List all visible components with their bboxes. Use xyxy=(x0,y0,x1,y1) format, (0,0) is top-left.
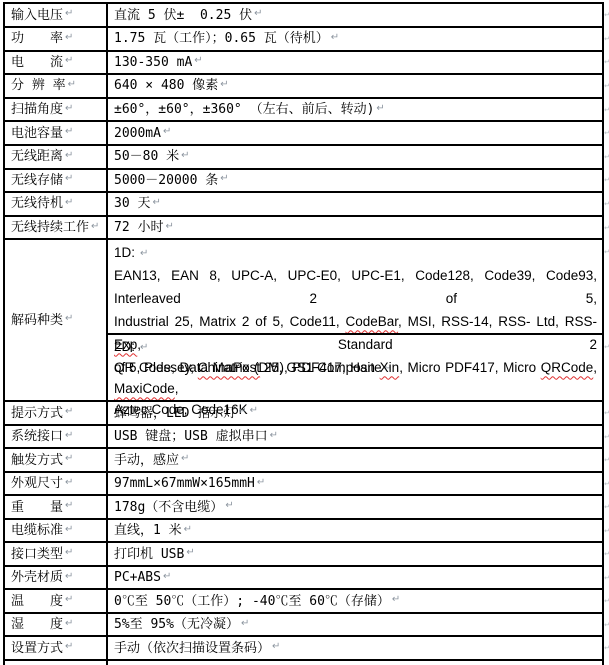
row-end-mark-icon: ↵ xyxy=(604,456,609,464)
spec-label: 外壳材质 xyxy=(11,571,63,584)
paragraph-mark-icon: ↵ xyxy=(272,642,280,652)
spec-value-cell[interactable]: 打印机 USB↵ xyxy=(108,543,602,565)
spec-label-cell[interactable]: 无线存储↵ xyxy=(5,170,108,192)
table-row: 湿 度↵ 5%至 95%（无冷凝）↵ ↵ xyxy=(5,612,602,636)
decode-stack: 1D:↵ EAN13, EAN 8, UPC-A, UPC-E0, UPC-E1… xyxy=(108,240,602,400)
table-row: 重 量↵ 178g（不含电缆）↵ ↵ xyxy=(5,494,602,518)
paragraph-mark-icon: ↵ xyxy=(181,151,189,161)
spec-label: 输入电压 xyxy=(11,9,63,22)
table-row: 分 辨 率↵ 640 × 480 像素↵ ↵ xyxy=(5,73,602,97)
paragraph-mark-icon: ↵ xyxy=(68,80,76,90)
decode-1d-line1: EAN13, EAN 8, UPC-A, UPC-E0, UPC-E1, Cod… xyxy=(114,264,597,310)
spec-value: 0℃至 50℃（工作）; -40℃至 60℃（存储） xyxy=(114,595,390,608)
table-row: 无线距离↵ 50－80 米↵ ↵ xyxy=(5,144,602,168)
spec-value-cell[interactable]: 640 × 480 像素↵ xyxy=(108,75,602,97)
spec-value: 打印机 USB xyxy=(114,548,184,561)
paragraph-mark-icon: ↵ xyxy=(184,525,192,535)
spec-label-cell[interactable]: 电池容量↵ xyxy=(5,122,108,144)
row-end-mark-icon: ↵ xyxy=(604,35,609,43)
paragraph-mark-icon: ↵ xyxy=(220,174,228,184)
table-row: 提示方式↵ 蜂鸣器，LED 指示灯↵ ↵ xyxy=(5,400,602,424)
table-row: 接口类型↵ 打印机 USB↵ ↵ xyxy=(5,541,602,565)
spec-label-cell[interactable]: 无线持续工作↵ xyxy=(5,217,108,239)
spec-label-cell[interactable]: 功 率↵ xyxy=(5,28,108,50)
paragraph-mark-icon: ↵ xyxy=(65,104,73,114)
paragraph-mark-icon: ↵ xyxy=(65,595,73,605)
row-end-mark-icon: ↵ xyxy=(604,527,609,535)
spec-value: 5000－20000 条 xyxy=(114,174,218,187)
spec-label: 接口类型 xyxy=(11,548,63,561)
spec-label-cell[interactable]: 重 量↵ xyxy=(5,496,108,518)
spec-value: 5%至 95%（无冷凝） xyxy=(114,618,239,631)
row-end-mark-icon: ↵ xyxy=(604,248,609,256)
paragraph-mark-icon: ↵ xyxy=(254,9,262,19)
spec-label: 提示方式 xyxy=(11,407,63,420)
decode-2d-cell[interactable]: 2D:↵ QR Code, Data Matrix (DM), PDF417, … xyxy=(108,333,602,400)
table-row-partial xyxy=(5,659,602,665)
spec-value-cell[interactable]: 72 小时↵ xyxy=(108,217,602,239)
spec-label: 无线存储 xyxy=(11,174,63,187)
paragraph-mark-icon: ↵ xyxy=(65,314,73,324)
spec-value-cell[interactable]: PC+ABS↵ xyxy=(108,567,602,589)
spec-label-cell[interactable]: 无线距离↵ xyxy=(5,146,108,168)
paragraph-mark-icon: ↵ xyxy=(241,619,249,629)
spec-value-cell[interactable]: 手动（依次扫描设置条码）↵ xyxy=(108,637,602,659)
spec-label: 电缆标准 xyxy=(11,524,63,537)
paragraph-mark-icon: ↵ xyxy=(65,642,73,652)
paragraph-mark-icon: ↵ xyxy=(65,525,73,535)
paragraph-mark-icon: ↵ xyxy=(65,478,73,488)
paragraph-mark-icon: ↵ xyxy=(140,342,148,353)
table-row: 外观尺寸↵ 97mmL×67mmW×165mmH↵ ↵ xyxy=(5,471,602,495)
paragraph-mark-icon: ↵ xyxy=(220,80,228,90)
spec-label-cell[interactable]: 扫描角度↵ xyxy=(5,99,108,121)
paragraph-mark-icon: ↵ xyxy=(257,478,265,488)
spec-label: 无线持续工作 xyxy=(11,221,89,234)
spec-label-cell[interactable]: 温 度↵ xyxy=(5,590,108,612)
row-end-mark-icon: ↵ xyxy=(604,224,609,232)
paragraph-mark-icon: ↵ xyxy=(65,198,73,208)
spec-label-cell[interactable]: 接口类型↵ xyxy=(5,543,108,565)
spec-label: 系统接口 xyxy=(11,430,63,443)
paragraph-mark-icon: ↵ xyxy=(270,431,278,441)
spec-label: 设置方式 xyxy=(11,642,63,655)
table-row: 功 率↵ 1.75 瓦（工作）；0.65 瓦（待机）↵ ↵ xyxy=(5,26,602,50)
paragraph-mark-icon: ↵ xyxy=(65,572,73,582)
row-end-mark-icon: ↵ xyxy=(604,433,609,441)
table-row: 温 度↵ 0℃至 50℃（工作）; -40℃至 60℃（存储）↵ ↵ xyxy=(5,588,602,612)
spec-label-cell[interactable]: 湿 度↵ xyxy=(5,614,108,636)
row-end-mark-icon: ↵ xyxy=(604,200,609,208)
spec-value: 30 天 xyxy=(114,197,150,210)
spec-label: 功 率 xyxy=(11,32,63,45)
row-end-mark-icon: ↵ xyxy=(604,153,609,161)
table-row: 电池容量↵ 2000mA↵ ↵ xyxy=(5,120,602,144)
paragraph-mark-icon: ↵ xyxy=(65,407,73,417)
spec-label: 湿 度 xyxy=(11,618,63,631)
paragraph-mark-icon: ↵ xyxy=(65,9,73,19)
spec-value-cell[interactable]: USB 键盘；USB 虚拟串口↵ xyxy=(108,426,602,448)
spec-value-cell[interactable]: 97mmL×67mmW×165mmH↵ xyxy=(108,473,602,495)
paragraph-mark-icon: ↵ xyxy=(163,127,171,137)
table-row: 无线持续工作↵ 72 小时↵ ↵ xyxy=(5,215,602,239)
spec-label-cell[interactable]: 外观尺寸↵ xyxy=(5,473,108,495)
row-end-mark-icon: ↵ xyxy=(604,597,609,605)
spec-label: 触发方式 xyxy=(11,454,63,467)
spec-value-cell[interactable]: 1.75 瓦（工作）；0.65 瓦（待机）↵ xyxy=(108,28,602,50)
spec-label-cell[interactable]: 外壳材质↵ xyxy=(5,567,108,589)
spec-value: 640 × 480 像素 xyxy=(114,79,218,92)
spec-label-cell[interactable]: 输入电压↵ xyxy=(5,4,108,26)
spec-label-cell[interactable]: 无线待机↵ xyxy=(5,193,108,215)
row-end-mark-icon: ↵ xyxy=(604,343,609,351)
spec-label: 温 度 xyxy=(11,595,63,608)
misspelled-word: MaxiCode xyxy=(114,381,175,396)
paragraph-mark-icon: ↵ xyxy=(165,222,173,232)
paragraph-mark-icon: ↵ xyxy=(65,33,73,43)
spec-value: 97mmL×67mmW×165mmH xyxy=(114,477,255,490)
paragraph-mark-icon: ↵ xyxy=(376,104,384,114)
spec-label: 重 量 xyxy=(11,501,63,514)
table-row: 输入电压↵ 直流 5 伏± 0.25 伏↵ ↵ xyxy=(5,4,602,26)
spec-value-cell[interactable]: 直线，1 米↵ xyxy=(108,520,602,542)
paragraph-mark-icon: ↵ xyxy=(65,127,73,137)
paragraph-mark-icon: ↵ xyxy=(65,619,73,629)
paragraph-mark-icon: ↵ xyxy=(65,56,73,66)
spec-value: 蜂鸣器，LED 指示灯 xyxy=(114,407,236,420)
misspelled-word: CodeBar xyxy=(346,314,399,329)
word-document-page: { "glyphs": { "paragraph_mark": "↵", "ro… xyxy=(0,0,609,665)
spec-value-cell[interactable]: 5000－20000 条↵ xyxy=(108,170,602,192)
row-end-mark-icon: ↵ xyxy=(604,574,609,582)
spec-value-cell[interactable]: 蜂鸣器，LED 指示灯↵ xyxy=(108,402,602,424)
table-row: 电 流↵ 130-350 mA↵ ↵ xyxy=(5,50,602,74)
spec-label-cell[interactable]: 设置方式↵ xyxy=(5,637,108,659)
paragraph-mark-icon: ↵ xyxy=(65,501,73,511)
paragraph-mark-icon: ↵ xyxy=(65,548,73,558)
row-end-mark-icon: ↵ xyxy=(604,550,609,558)
spec-value: 50－80 米 xyxy=(114,150,179,163)
paragraph-mark-icon: ↵ xyxy=(65,454,73,464)
paragraph-mark-icon: ↵ xyxy=(331,33,339,43)
row-end-mark-icon: ↵ xyxy=(604,644,609,652)
row-end-mark-icon: ↵ xyxy=(604,621,609,629)
row-end-mark-icon: ↵ xyxy=(604,58,609,66)
spec-value: PC+ABS xyxy=(114,571,161,584)
spec-label-cell[interactable]: 提示方式↵ xyxy=(5,402,108,424)
spec-label: 分 辨 率 xyxy=(11,79,66,92)
paragraph-mark-icon: ↵ xyxy=(140,248,148,259)
row-end-mark-icon: ↵ xyxy=(604,480,609,488)
spec-label: 电 流 xyxy=(11,56,63,69)
table-row: 无线待机↵ 30 天↵ ↵ xyxy=(5,191,602,215)
spec-value: USB 键盘；USB 虚拟串口 xyxy=(114,430,268,443)
spec-value: 直线，1 米 xyxy=(114,524,182,537)
spec-label-cell[interactable]: 系统接口↵ xyxy=(5,426,108,448)
spec-value: 2000mA xyxy=(114,127,161,140)
decode-1d-cell[interactable]: 1D:↵ EAN13, EAN 8, UPC-A, UPC-E0, UPC-E1… xyxy=(108,240,602,333)
misspelled-word: QRCode xyxy=(541,360,594,375)
paragraph-mark-icon: ↵ xyxy=(152,198,160,208)
paragraph-mark-icon: ↵ xyxy=(238,407,246,417)
spec-value: 1.75 瓦（工作）；0.65 瓦（待机） xyxy=(114,32,329,45)
paragraph-mark-icon: ↵ xyxy=(65,174,73,184)
paragraph-mark-icon: ↵ xyxy=(181,454,189,464)
spec-value: 手动，感应 xyxy=(114,454,179,467)
paragraph-mark-icon: ↵ xyxy=(225,501,233,511)
table-row: 扫描角度↵ ±60°，±60°，±360° （左右、前后、转动)↵ ↵ xyxy=(5,97,602,121)
spec-value-cell[interactable]: 30 天↵ xyxy=(108,193,602,215)
table-row: 外壳材质↵ PC+ABS↵ ↵ xyxy=(5,565,602,589)
spec-label: 无线待机 xyxy=(11,197,63,210)
table-row: 系统接口↵ USB 键盘；USB 虚拟串口↵ ↵ xyxy=(5,424,602,448)
spec-label: 电池容量 xyxy=(11,127,63,140)
paragraph-mark-icon: ↵ xyxy=(65,151,73,161)
spec-value-cell[interactable]: 2000mA↵ xyxy=(108,122,602,144)
spec-value: 72 小时 xyxy=(114,221,163,234)
table-row: 触发方式↵ 手动，感应↵ ↵ xyxy=(5,447,602,471)
table-row: 电缆标准↵ 直线，1 米↵ ↵ xyxy=(5,518,602,542)
spec-value-cell[interactable]: ±60°，±60°，±360° （左右、前后、转动)↵ xyxy=(108,99,602,121)
misspelled-word: Xin xyxy=(380,360,400,375)
row-end-mark-icon: ↵ xyxy=(604,409,609,417)
spec-value-cell[interactable]: 5%至 95%（无冷凝）↵ xyxy=(108,614,602,636)
spec-label-cell[interactable]: 触发方式↵ xyxy=(5,449,108,471)
row-end-mark-icon: ↵ xyxy=(604,82,609,90)
spec-value-cell[interactable]: 手动，感应↵ xyxy=(108,449,602,471)
spec-table: 输入电压↵ 直流 5 伏± 0.25 伏↵ ↵ 功 率↵ 1.75 瓦（工作）；… xyxy=(3,2,604,665)
spec-value-cell[interactable] xyxy=(108,661,602,665)
spec-value-cell[interactable]: 直流 5 伏± 0.25 伏↵ xyxy=(108,4,602,26)
table-row: 无线存储↵ 5000－20000 条↵ ↵ xyxy=(5,168,602,192)
spec-label-cell[interactable]: 分 辨 率↵ xyxy=(5,75,108,97)
spec-value: 130-350 mA xyxy=(114,56,192,69)
row-end-mark-icon: ↵ xyxy=(604,129,609,137)
row-end-mark-icon: ↵ xyxy=(604,106,609,114)
row-end-mark-icon: ↵ xyxy=(604,176,609,184)
spec-label-cell[interactable] xyxy=(5,661,108,665)
paragraph-mark-icon: ↵ xyxy=(91,222,99,232)
spec-label: 无线距离 xyxy=(11,150,63,163)
row-end-mark-icon: ↵ xyxy=(604,503,609,511)
spec-label-cell[interactable]: 电缆标准↵ xyxy=(5,520,108,542)
spec-label: 外观尺寸 xyxy=(11,477,63,490)
spec-value-cell[interactable]: 178g（不含电缆）↵ xyxy=(108,496,602,518)
spec-value: 178g（不含电缆） xyxy=(114,501,223,514)
spec-value: ±60°，±60°，±360° （左右、前后、转动) xyxy=(114,103,374,116)
spec-label: 解码种类 xyxy=(11,314,63,327)
spec-value: 手动（依次扫描设置条码） xyxy=(114,642,270,655)
paragraph-mark-icon: ↵ xyxy=(194,56,202,66)
paragraph-mark-icon: ↵ xyxy=(186,548,194,558)
row-end-mark-icon: ↵ xyxy=(604,11,609,19)
spec-value-cell[interactable]: 50－80 米↵ xyxy=(108,146,602,168)
decode-2d-heading: 2D:↵ xyxy=(114,336,597,357)
spec-value-cell[interactable]: 130-350 mA↵ xyxy=(108,52,602,74)
spec-value-cell[interactable]: 0℃至 50℃（工作）; -40℃至 60℃（存储）↵ xyxy=(108,590,602,612)
decode-2d-line1: QR Code, Data Matrix (DM), PDF417, Han X… xyxy=(114,357,597,399)
spec-value: 直流 5 伏± 0.25 伏 xyxy=(114,9,252,22)
decode-1d-heading: 1D:↵ xyxy=(114,241,597,264)
spec-label-cell[interactable]: 解码种类↵ xyxy=(5,240,108,400)
paragraph-mark-icon: ↵ xyxy=(163,572,171,582)
table-row: 设置方式↵ 手动（依次扫描设置条码）↵ ↵ xyxy=(5,635,602,659)
spec-label-cell[interactable]: 电 流↵ xyxy=(5,52,108,74)
paragraph-mark-icon: ↵ xyxy=(65,431,73,441)
spec-label: 扫描角度 xyxy=(11,103,63,116)
paragraph-mark-icon: ↵ xyxy=(392,595,400,605)
table-row-decode-types: 解码种类↵ 1D:↵ EAN13, EAN 8, UPC-A, UPC-E0, … xyxy=(5,238,602,400)
